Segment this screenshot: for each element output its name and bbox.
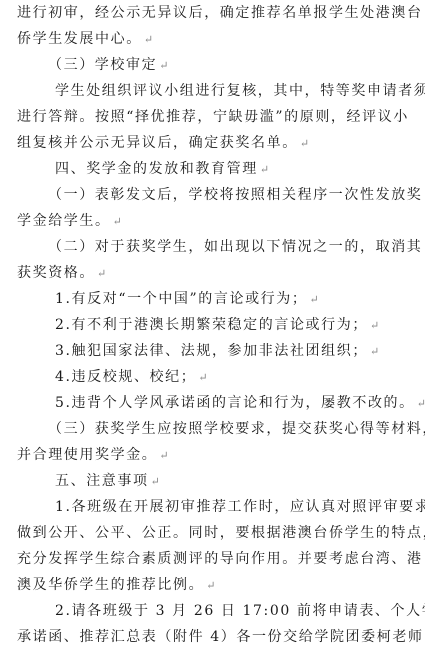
paragraph-mark-icon: ↵ [300,137,309,150]
section-heading: （三）学校审定↵ [17,52,409,78]
text-line: 组复核并公示无异议后，确定获奖名单。↵ [17,130,409,156]
text-line: 获奖资格。↵ [17,260,409,286]
text-line: 1.各班级在开展初审推荐工作时，应认真对照评审要求， [17,494,409,520]
text-line: 充分发挥学生综合素质测评的导向作用。并要考虑台湾、港 [17,546,409,572]
text-line: 2.请各班级于 3 月 26 日 17:00 前将申请表、个人学风 [17,598,409,624]
paragraph-mark-icon: ↵ [159,449,168,462]
paragraph-mark-icon: ↵ [260,163,269,176]
paragraph-mark-icon: ↵ [144,33,153,46]
paragraph-mark-icon: ↵ [159,59,168,72]
text-line: （三）获奖学生应按照学校要求，提交获奖心得等材料， [17,416,409,442]
list-item: 5.违背个人学风承诺函的言论和行为，屡教不改的。↵ [17,390,409,416]
text-line: 澳及华侨学生的推荐比例。↵ [17,572,409,598]
paragraph-mark-icon: ↵ [198,371,207,384]
paragraph-mark-icon: ↵ [206,579,215,592]
section-heading: 五、注意事项↵ [17,468,409,494]
paragraph-mark-icon: ↵ [97,267,106,280]
list-item: 4.违反校规、校纪；↵ [17,364,409,390]
paragraph-mark-icon: ↵ [113,215,122,228]
text-line: （一）表彰发文后，学校将按照相关程序一次性发放奖 [17,182,409,208]
section-heading: 四、奖学金的发放和教育管理↵ [17,156,409,182]
list-item: 3.触犯国家法律、法规，参加非法社团组织；↵ [17,338,409,364]
text-line: 做到公开、公平、公正。同时，要根据港澳台侨学生的特点， [17,520,409,546]
text-line: （二）对于获奖学生，如出现以下情况之一的，取消其 [17,234,409,260]
paragraph-mark-icon: ↵ [370,319,379,332]
text-line: 承诺函、推荐汇总表（附件 4）各一份交给学院团委柯老师 [17,624,409,647]
text-line: 进行答辩。按照“择优推荐，宁缺毋滥”的原则，经评议小 [17,104,409,130]
text-line: 学生处组织评议小组进行复核，其中，特等奖申请者须 [17,78,409,104]
text-line: 学金给学生。↵ [17,208,409,234]
document-body: 进行初审，经公示无异议后，确定推荐名单报学生处港澳台 侨学生发展中心。↵ （三）… [17,0,409,647]
text-line: 侨学生发展中心。↵ [17,26,409,52]
list-item: 2.有不利于港澳长期繁荣稳定的言论或行为；↵ [17,312,409,338]
text-line: 并合理使用奖学金。↵ [17,442,409,468]
paragraph-mark-icon: ↵ [151,475,160,488]
paragraph-mark-icon: ↵ [417,397,425,410]
text-line: 进行初审，经公示无异议后，确定推荐名单报学生处港澳台 [17,0,409,26]
paragraph-mark-icon: ↵ [309,293,318,306]
list-item: 1.有反对“一个中国”的言论或行为；↵ [17,286,409,312]
paragraph-mark-icon: ↵ [370,345,379,358]
